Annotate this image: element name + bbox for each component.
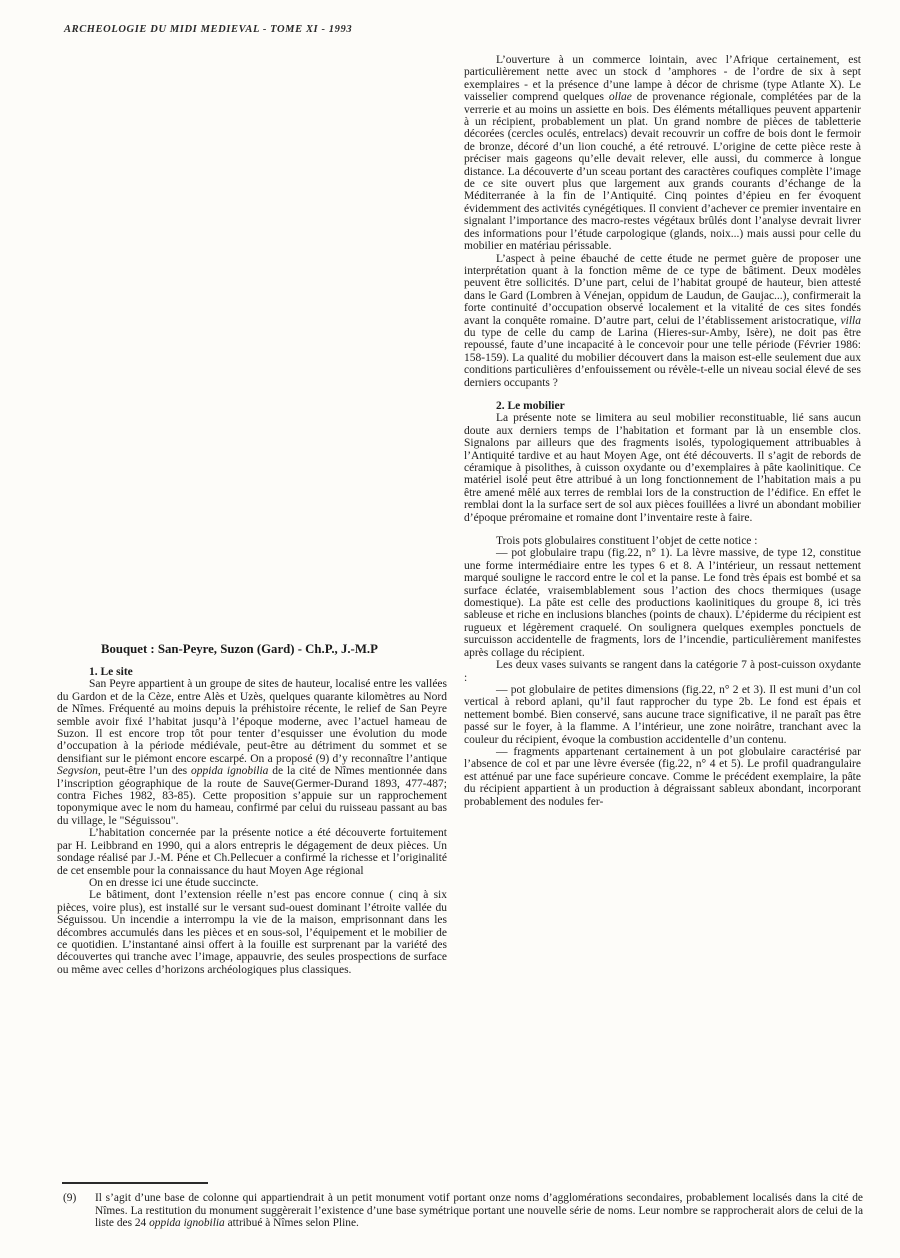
section-heading: 2. Le mobilier xyxy=(464,400,861,412)
text-segment: Les deux vases suivants se rangent dans … xyxy=(464,659,861,683)
text-segment: — pot globulaire trapu (fig.22, n° 1). L… xyxy=(464,547,861,658)
article-start-block: Bouquet : San-Peyre, Suzon (Gard) - Ch.P… xyxy=(57,642,447,976)
italic-text-segment: ollae xyxy=(609,91,632,103)
text-segment: L’aspect à peine ébauché de cette étude … xyxy=(464,253,861,327)
text-segment: attribué à Nîmes selon Pline. xyxy=(225,1217,359,1229)
paragraph: — pot globulaire trapu (fig.22, n° 1). L… xyxy=(464,547,861,659)
journal-header: ARCHEOLOGIE DU MIDI MEDIEVAL - TOME XI -… xyxy=(64,24,352,35)
paragraph: L’habitation concernée par la présente n… xyxy=(57,827,447,877)
text-segment: , peut-être l’un des xyxy=(98,765,191,777)
paragraph: On en dresse ici une étude succincte. xyxy=(57,877,447,889)
section-heading: 1. Le site xyxy=(57,666,447,678)
text-segment: L’habitation concernée par la présente n… xyxy=(57,827,447,876)
paragraph: Les deux vases suivants se rangent dans … xyxy=(464,659,861,684)
italic-text-segment: oppida ignobilia xyxy=(149,1217,225,1229)
paragraph: — fragments appartenant certainement à u… xyxy=(464,746,861,808)
text-segment: de provenance régionale, complétées par … xyxy=(464,91,861,252)
text-segment: Trois pots globulaires constituent l’obj… xyxy=(496,535,757,547)
footnote-area: (9) Il s’agit d’une base de colonne qui … xyxy=(57,1182,863,1230)
text-segment: du type de celle du camp de Larina (Hier… xyxy=(464,327,861,389)
right-column: L’ouverture à un commerce lointain, avec… xyxy=(464,54,861,976)
text-segment: 1. Le site xyxy=(89,666,133,678)
italic-text-segment: oppida ignobilia xyxy=(191,765,268,777)
scanned-journal-page: ARCHEOLOGIE DU MIDI MEDIEVAL - TOME XI -… xyxy=(0,0,900,1258)
italic-text-segment: villa xyxy=(841,315,861,327)
italic-text-segment: Segvsion xyxy=(57,765,98,777)
article-title: Bouquet : San-Peyre, Suzon (Gard) - Ch.P… xyxy=(101,642,447,656)
text-segment: San Peyre appartient à un groupe de site… xyxy=(57,678,447,764)
text-segment: Le bâtiment, dont l’extension réelle n’e… xyxy=(57,889,447,975)
footnote-9: (9) Il s’agit d’une base de colonne qui … xyxy=(57,1192,863,1230)
left-column-body: 1. Le siteSan Peyre appartient à un grou… xyxy=(57,666,447,976)
footnote-divider xyxy=(62,1182,208,1184)
two-column-text-area: Bouquet : San-Peyre, Suzon (Gard) - Ch.P… xyxy=(57,54,861,976)
paragraph: L’aspect à peine ébauché de cette étude … xyxy=(464,253,861,389)
paragraph: Le bâtiment, dont l’extension réelle n’e… xyxy=(57,889,447,976)
text-segment: — pot globulaire de petites dimensions (… xyxy=(464,684,861,746)
paragraph: Trois pots globulaires constituent l’obj… xyxy=(464,535,861,547)
left-column: Bouquet : San-Peyre, Suzon (Gard) - Ch.P… xyxy=(57,54,447,976)
paragraph: San Peyre appartient à un groupe de site… xyxy=(57,678,447,827)
paragraph: La présente note se limitera au seul mob… xyxy=(464,412,861,524)
text-segment: La présente note se limitera au seul mob… xyxy=(464,412,861,523)
footnote-text: Il s’agit d’une base de colonne qui appa… xyxy=(95,1192,863,1230)
paragraph: — pot globulaire de petites dimensions (… xyxy=(464,684,861,746)
paragraph: Il s’agit d’une base de colonne qui appa… xyxy=(95,1192,863,1230)
footnote-number: (9) xyxy=(57,1192,95,1230)
paragraph: L’ouverture à un commerce lointain, avec… xyxy=(464,54,861,253)
text-segment: — fragments appartenant certainement à u… xyxy=(464,746,861,808)
right-column-body: L’ouverture à un commerce lointain, avec… xyxy=(464,54,861,808)
text-segment: On en dresse ici une étude succincte. xyxy=(89,877,259,889)
text-segment: 2. Le mobilier xyxy=(496,400,565,412)
